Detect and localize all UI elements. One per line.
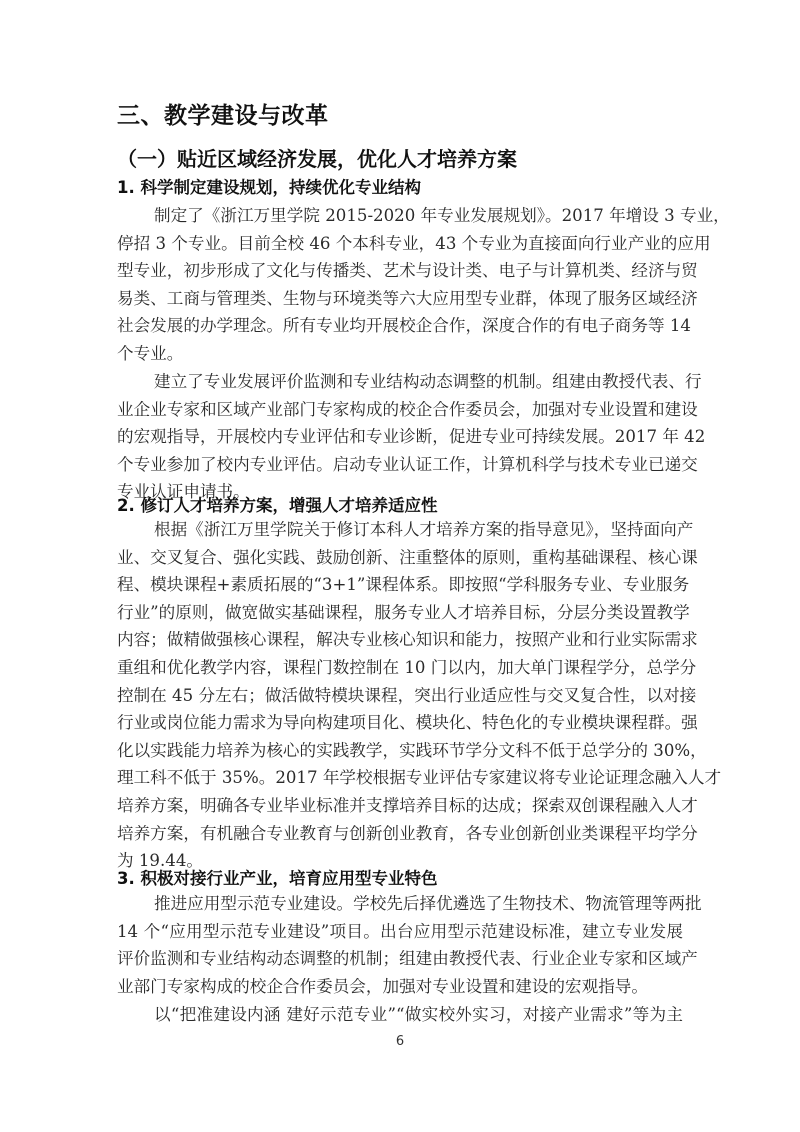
- text-line: 化以实践能力培养为核心的实践教学，实践环节学分文科不低于总学分的 30%，: [117, 737, 683, 765]
- document-page: 三、教学建设与改革 （一）贴近区域经济发展，优化人才培养方案 1. 科学制定建设…: [0, 0, 800, 1132]
- item-1-heading: 1. 科学制定建设规划，持续优化专业结构: [117, 177, 421, 199]
- text-line: 根据《浙江万里学院关于修订本科人才培养方案的指导意见》，坚持面向产: [117, 516, 683, 544]
- text-line: 易类、工商与管理类、生物与环境类等六大应用型专业群，体现了服务区域经济: [117, 285, 683, 313]
- text-line: 培养方案，明确各专业毕业标准并支撑培养目标的达成；探索双创课程融入人才: [117, 792, 683, 820]
- text-line: 控制在 45 分左右；做活做特模块课程，突出行业适应性与交叉复合性，以对接: [117, 682, 683, 710]
- text-line: 个专业参加了校内专业评估。启动专业认证工作，计算机科学与技术专业已递交: [117, 451, 683, 479]
- text-line: 14 个“应用型示范专业建设”项目。出台应用型示范建设标准，建立专业发展: [117, 918, 683, 946]
- text-line: 内容；做精做强核心课程，解决专业核心知识和能力，按照产业和行业实际需求: [117, 626, 683, 654]
- item-1-paragraph-1: 制定了《浙江万里学院 2015-2020 年专业发展规划》。2017 年增设 3…: [117, 202, 683, 368]
- item-3-heading: 3. 积极对接行业产业，培育应用型专业特色: [117, 868, 438, 890]
- subsection-title: （一）贴近区域经济发展，优化人才培养方案: [117, 145, 517, 173]
- section-title: 三、教学建设与改革: [117, 101, 329, 131]
- item-2-paragraph-1: 根据《浙江万里学院关于修订本科人才培养方案的指导意见》，坚持面向产 业、交叉复合…: [117, 516, 683, 875]
- text-line: 程、模块课程+素质拓展的“3+1”课程体系。即按照“学科服务专业、专业服务: [117, 571, 683, 599]
- text-line: 建立了专业发展评价监测和专业结构动态调整的机制。组建由教授代表、行: [117, 368, 683, 396]
- text-line: 培养方案，有机融合专业教育与创新创业教育，各专业创新创业类课程平均学分: [117, 820, 683, 848]
- item-1-paragraph-2: 建立了专业发展评价监测和专业结构动态调整的机制。组建由教授代表、行 业企业专家和…: [117, 368, 683, 506]
- item-2-heading: 2. 修订人才培养方案，增强人才培养适应性: [117, 495, 438, 517]
- text-line: 业企业专家和区域产业部门专家构成的校企合作委员会，加强对专业设置和建设: [117, 396, 683, 424]
- text-line: 业部门专家构成的校企合作委员会，加强对专业设置和建设的宏观指导。: [117, 973, 683, 1001]
- item-3-paragraph-1: 推进应用型示范专业建设。学校先后择优遴选了生物技术、物流管理等两批 14 个“应…: [117, 890, 683, 1000]
- text-line: 的宏观指导，开展校内专业评估和专业诊断，促进专业可持续发展。2017 年 42: [117, 423, 683, 451]
- page-number: 6: [0, 1034, 800, 1049]
- text-line: 停招 3 个专业。目前全校 46 个本科专业，43 个专业为直接面向行业产业的应…: [117, 230, 683, 258]
- text-line: 重组和优化教学内容，课程门数控制在 10 门以内，加大单门课程学分，总学分: [117, 654, 683, 682]
- text-line: 制定了《浙江万里学院 2015-2020 年专业发展规划》。2017 年增设 3…: [117, 202, 683, 230]
- text-line: 个专业。: [117, 340, 683, 368]
- text-line: 以“把准建设内涵 建好示范专业”“做实校外实习，对接产业需求”等为主: [117, 1001, 683, 1029]
- text-line: 行业或岗位能力需求为导向构建项目化、模块化、特色化的专业模块课程群。强: [117, 709, 683, 737]
- text-line: 业、交叉复合、强化实践、鼓励创新、注重整体的原则，重构基础课程、核心课: [117, 544, 683, 572]
- text-line: 行业”的原则，做宽做实基础课程，服务专业人才培养目标，分层分类设置教学: [117, 599, 683, 627]
- text-line: 理工科不低于 35%。2017 年学校根据专业评估专家建议将专业论证理念融入人才: [117, 764, 683, 792]
- text-line: 评价监测和专业结构动态调整的机制；组建由教授代表、行业企业专家和区域产: [117, 945, 683, 973]
- text-line: 社会发展的办学理念。所有专业均开展校企合作，深度合作的有电子商务等 14: [117, 312, 683, 340]
- text-line: 型专业，初步形成了文化与传播类、艺术与设计类、电子与计算机类、经济与贸: [117, 257, 683, 285]
- text-line: 推进应用型示范专业建设。学校先后择优遴选了生物技术、物流管理等两批: [117, 890, 683, 918]
- item-3-paragraph-2: 以“把准建设内涵 建好示范专业”“做实校外实习，对接产业需求”等为主: [117, 1001, 683, 1029]
